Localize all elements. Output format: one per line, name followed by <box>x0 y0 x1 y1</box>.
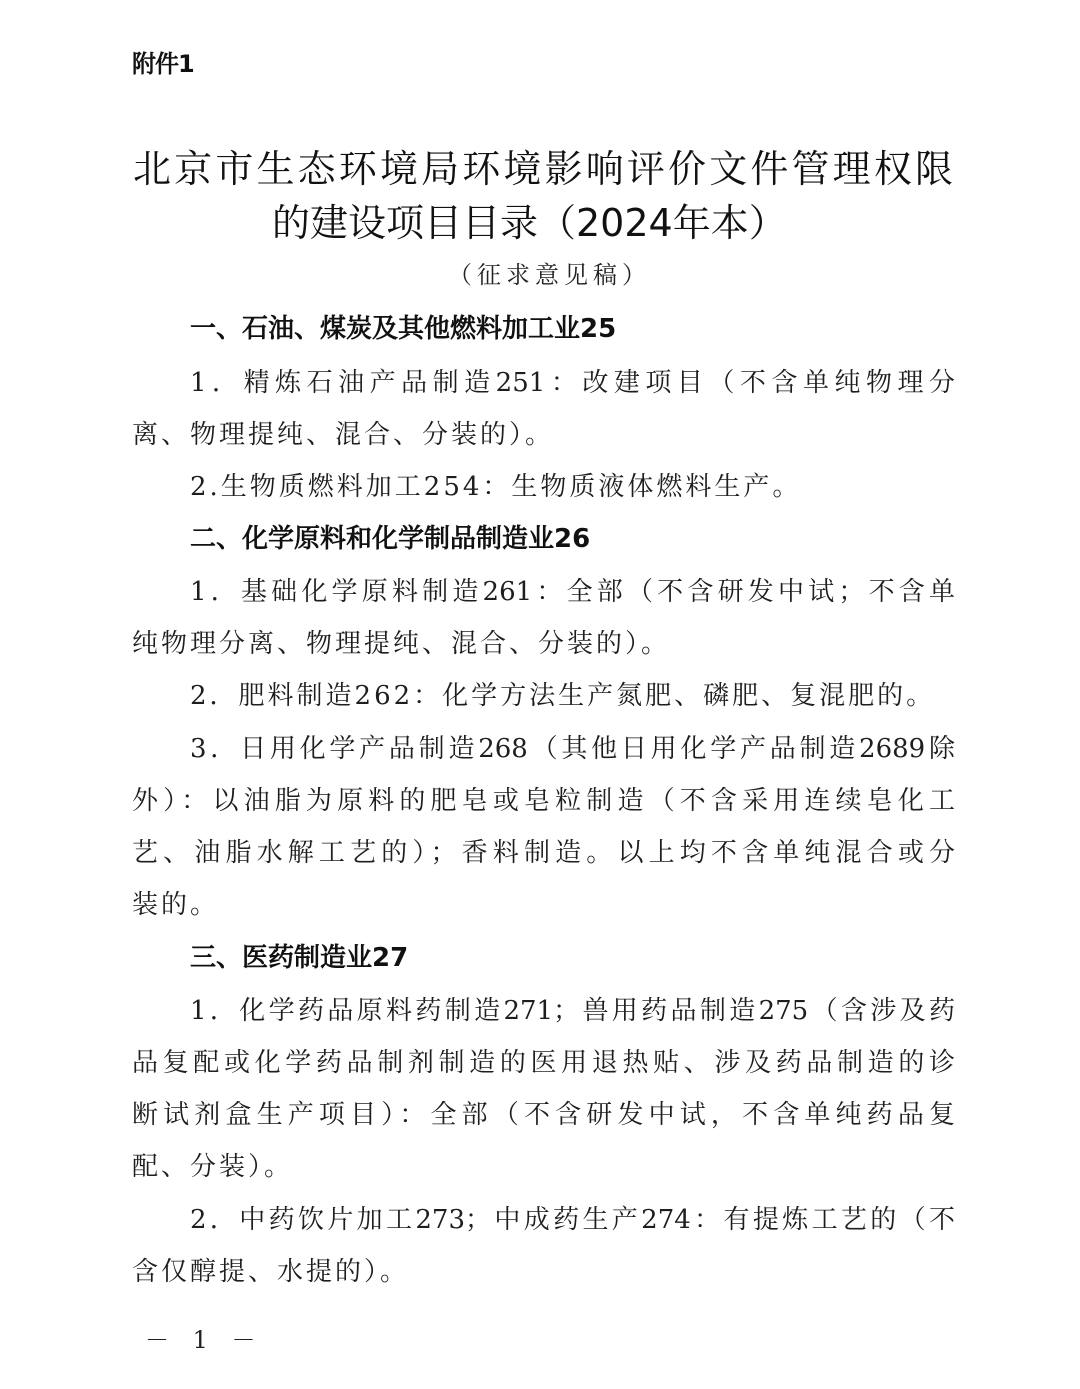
section-3-item-1-line-3: 断试剂盒生产项目）：全部（不含研发中试，不含单纯药品复 <box>132 1094 955 1131</box>
section-3-item-1-line-1: 1．化学药品原料药制造271；兽用药品制造275（含涉及药 <box>190 990 955 1027</box>
section-2-item-3-line-2: 外）：以油脂为原料的肥皂或皂粒制造（不含采用连续皂化工 <box>132 780 955 817</box>
section-3-item-1-line-4: 配、分装）。 <box>132 1146 293 1183</box>
section-3-item-2-line-1: 2．中药饮片加工273；中成药生产274：有提炼工艺的（不 <box>190 1199 955 1236</box>
section-2-item-2-line-1: 2．肥料制造262：化学方法生产氮肥、磷肥、复混肥的。 <box>190 675 935 712</box>
document-title-line-2: 的建设项目目录（2024年本） <box>272 192 812 247</box>
document-page: 附件1 北京市生态环境局环境影响评价文件管理权限 的建设项目目录（2024年本）… <box>0 0 1080 1389</box>
page-number: － 1 － <box>145 1320 264 1355</box>
section-2-item-1-line-1: 1．基础化学原料制造261：全部（不含研发中试；不含单 <box>190 571 955 608</box>
section-2-item-3-line-3: 艺、油脂水解工艺的）；香料制造。以上均不含单纯混合或分 <box>132 832 955 869</box>
attachment-label: 附件1 <box>132 44 194 79</box>
section-1-item-1-line-2: 离、物理提纯、混合、分装的）。 <box>132 414 554 451</box>
section-heading-2: 二、化学原料和化学制品制造业26 <box>190 518 590 555</box>
document-title-line-1: 北京市生态环境局环境影响评价文件管理权限 <box>133 138 953 193</box>
section-3-item-2-line-2: 含仅醇提、水提的）。 <box>132 1251 409 1288</box>
section-2-item-3-line-1: 3．日用化学产品制造268（其他日用化学产品制造2689除 <box>190 728 955 765</box>
section-heading-1: 一、石油、煤炭及其他燃料加工业25 <box>190 308 616 345</box>
section-1-item-1-line-1: 1．精炼石油产品制造251：改建项目（不含单纯物理分 <box>190 362 955 399</box>
section-heading-3: 三、医药制造业27 <box>190 937 408 974</box>
section-2-item-3-line-4: 装的。 <box>132 884 219 921</box>
document-subtitle: （征求意见稿） <box>448 255 651 290</box>
section-1-item-2-line-1: 2.生物质燃料加工254：生物质液体燃料生产。 <box>190 466 801 503</box>
section-3-item-1-line-2: 品复配或化学药品制剂制造的医用退热贴、涉及药品制造的诊 <box>132 1042 955 1079</box>
section-2-item-1-line-2: 纯物理分离、物理提纯、混合、分装的）。 <box>132 623 670 660</box>
